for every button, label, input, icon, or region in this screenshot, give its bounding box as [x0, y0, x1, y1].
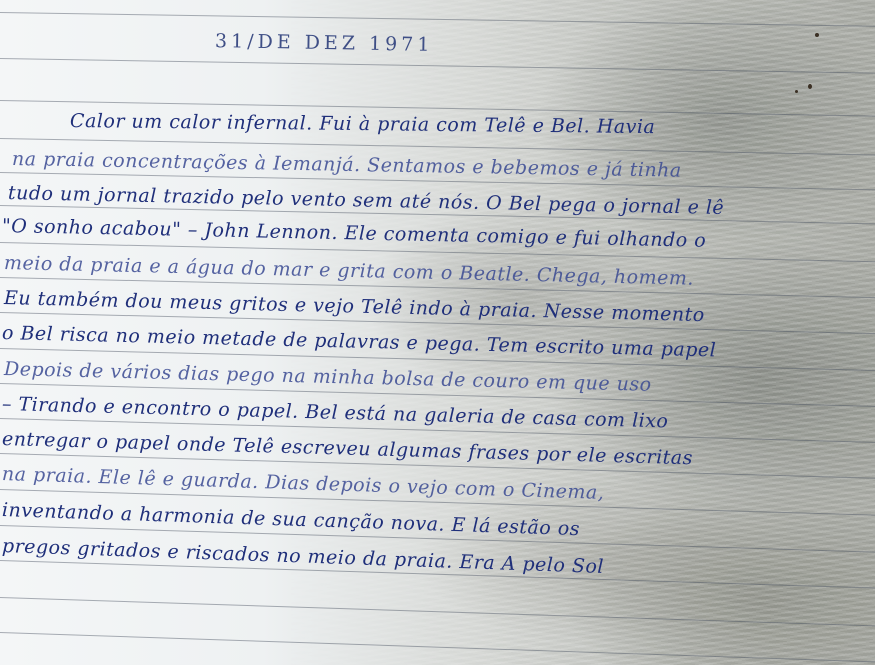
diary-page: 31/DE DEZ 1971 Calor um calor infernal. …	[0, 0, 875, 665]
ink-spot	[815, 33, 819, 37]
ink-spot	[808, 84, 812, 89]
date-header: 31/DE DEZ 1971	[215, 30, 434, 56]
ink-spot	[795, 90, 798, 93]
